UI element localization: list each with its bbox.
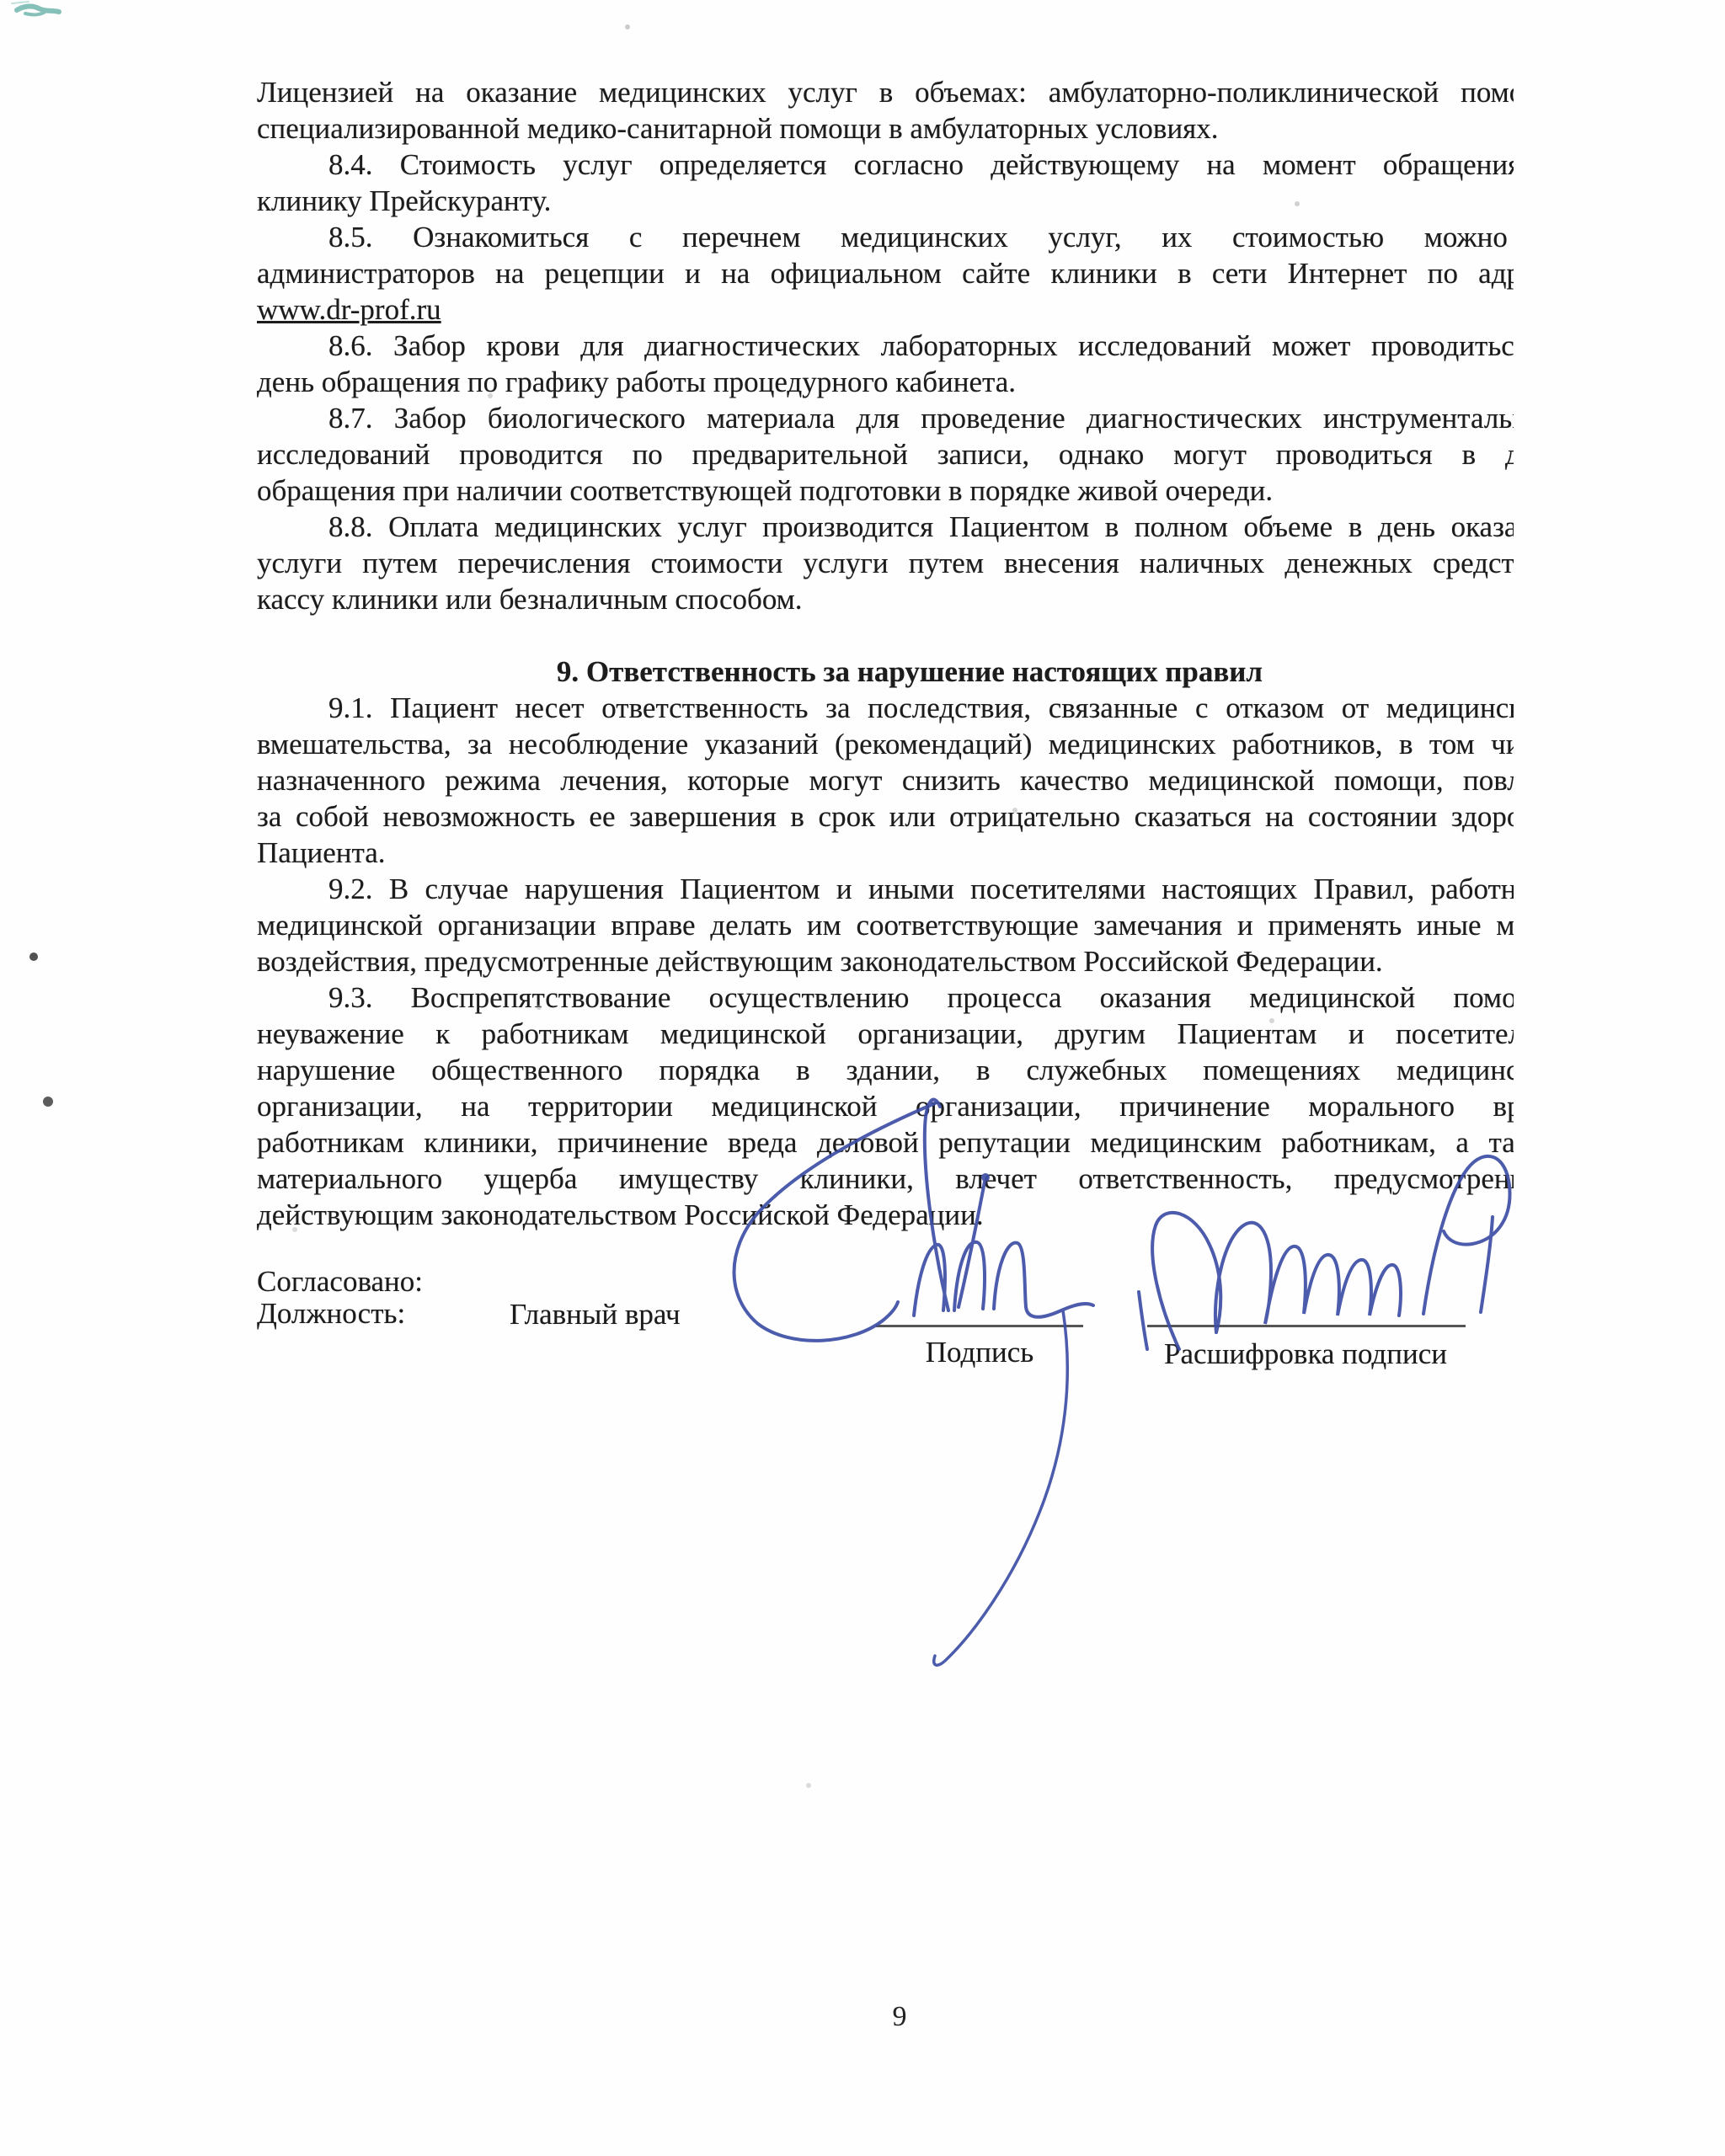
text-line: администраторов на рецепции и на официал… — [257, 255, 1562, 291]
agreed-label: Согласовано: — [257, 1265, 423, 1299]
text-line: услуги путем перечисления стоимости услу… — [257, 545, 1562, 581]
website-link: www.dr-prof.ru — [257, 291, 1562, 328]
text-line: вмешательства, за несоблюдение указаний … — [257, 726, 1562, 762]
position-label: Должность: — [257, 1297, 405, 1331]
text-line: за собой невозможность ее завершения в с… — [257, 798, 1562, 835]
signature-line-2 — [1147, 1325, 1466, 1327]
signature-name-caption: Расшифровка подписи — [1120, 1337, 1491, 1371]
text-line: организации, на территории медицинской о… — [257, 1088, 1562, 1124]
text-line: 8.6. Забор крови для диагностических лаб… — [257, 328, 1562, 364]
text-line: исследований проводится по предварительн… — [257, 436, 1562, 472]
page-number: 9 — [866, 2001, 933, 2033]
text-line: 8.5. Ознакомиться с перечнем медицинских… — [257, 219, 1562, 255]
text-line: 8.8. Оплата медицинских услуг производит… — [257, 509, 1562, 545]
scan-crop-edge — [1514, 0, 1725, 1255]
text-line: кассу клиники или безналичным способом. — [257, 581, 1562, 617]
text-line: 8.7. Забор биологического материала для … — [257, 400, 1562, 436]
text-line: 9.1. Пациент несет ответственность за по… — [257, 690, 1562, 726]
text-line: воздействия, предусмотренные действующим… — [257, 943, 1562, 979]
text-line: 9.2. В случае нарушения Пациентом и иным… — [257, 871, 1562, 907]
text-line: Лицензией на оказание медицинских услуг … — [257, 74, 1562, 110]
text-line: клинику Прейскуранту. — [257, 183, 1562, 219]
margin-specks — [29, 953, 53, 1107]
text-line: неуважение к работникам медицинской орга… — [257, 1016, 1562, 1052]
signature-caption: Подпись — [876, 1336, 1083, 1369]
text-line: медицинской организации вправе делать им… — [257, 907, 1562, 943]
text-line: обращения при наличии соответствующей по… — [257, 472, 1562, 509]
corner-smudge — [12, 2, 59, 14]
text-line: 8.4. Стоимость услуг определяется соглас… — [257, 147, 1562, 183]
text-line: день обращения по графику работы процеду… — [257, 364, 1562, 400]
section-heading: 9. Ответственность за нарушение настоящи… — [257, 654, 1562, 690]
text-line: назначенного режима лечения, которые мог… — [257, 762, 1562, 798]
document-text: Лицензией на оказание медицинских услуг … — [257, 74, 1562, 1233]
text-line: Пациента. — [257, 835, 1562, 871]
text-line: работникам клиники, причинение вреда дел… — [257, 1124, 1562, 1161]
position-value: Главный врач — [510, 1298, 681, 1331]
text-line: 9.3. Воспрепятствование осуществлению пр… — [257, 979, 1562, 1016]
document-page: Лицензией на оказание медицинских услуг … — [0, 0, 1725, 2156]
text-line: материального ущерба имуществу клиники, … — [257, 1161, 1562, 1197]
text-line: нарушение общественного порядка в здании… — [257, 1052, 1562, 1088]
text-line: действующим законодательством Российской… — [257, 1197, 1562, 1233]
text-line: специализированной медико-санитарной пом… — [257, 110, 1562, 147]
line-spacer — [257, 617, 1562, 654]
signature-line-1 — [876, 1325, 1083, 1327]
